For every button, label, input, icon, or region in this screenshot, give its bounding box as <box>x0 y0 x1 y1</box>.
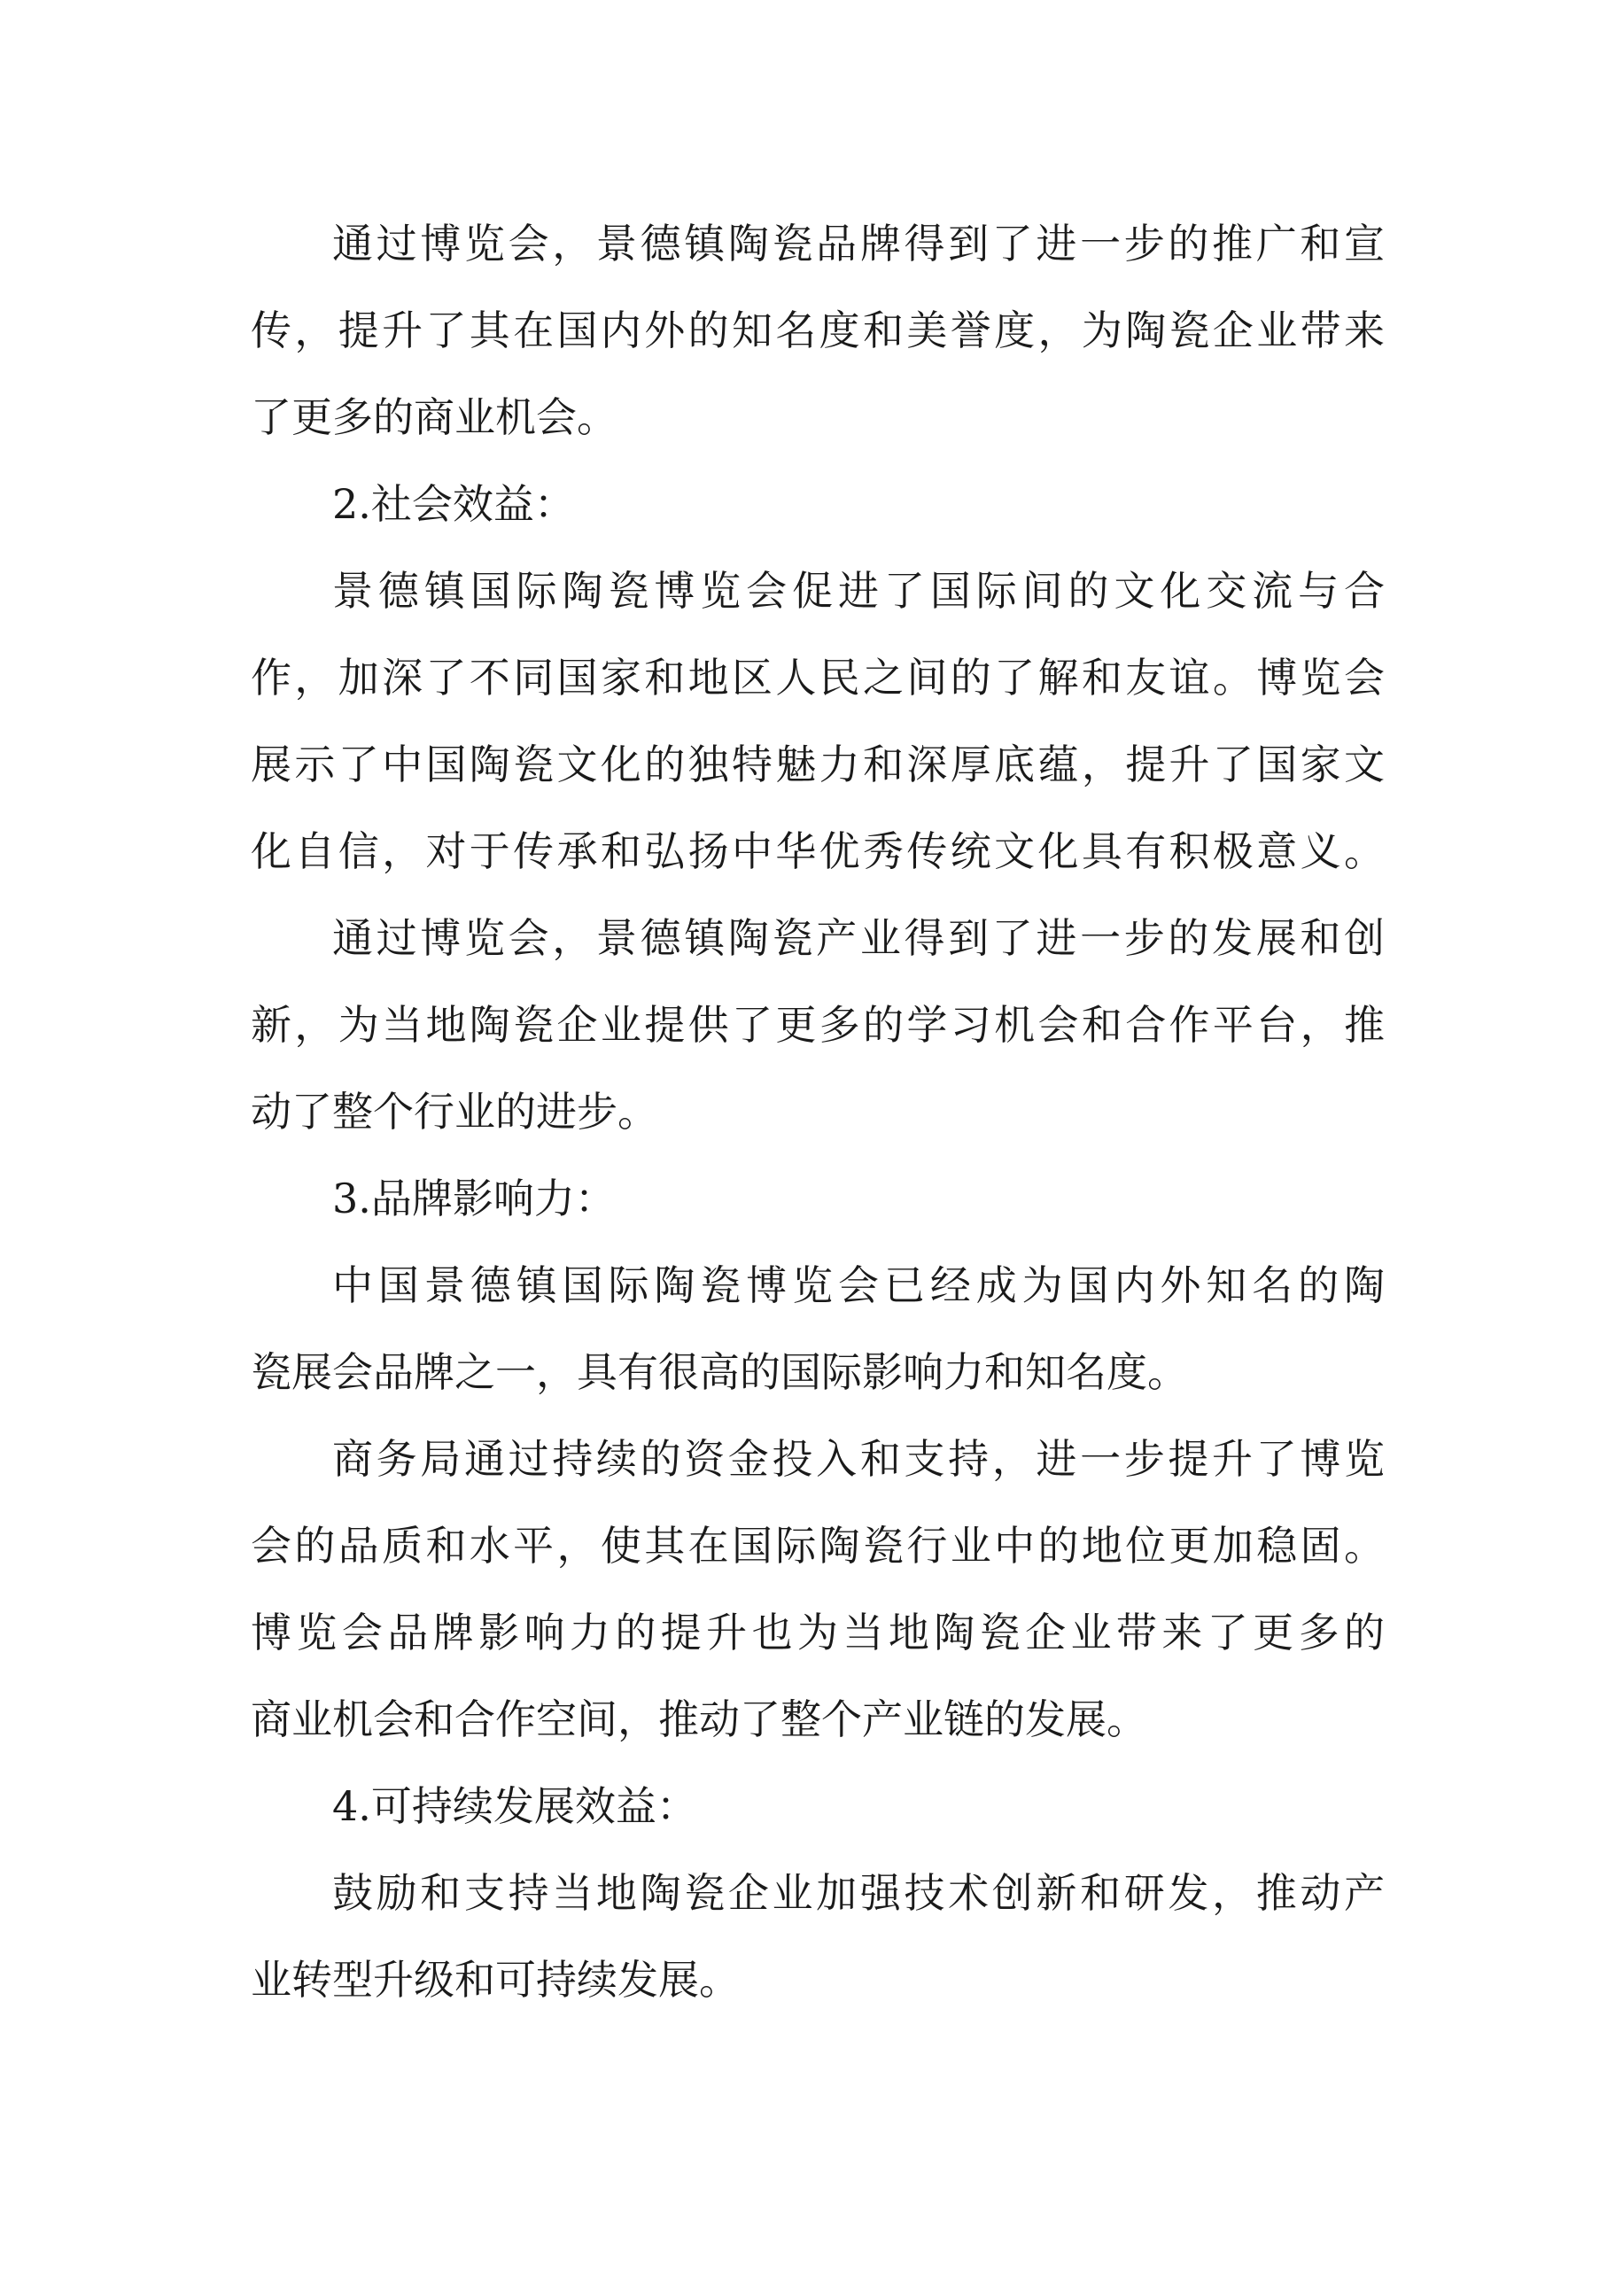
paragraph-5-line-3: 博览会品牌影响力的提升也为当地陶瓷企业带来了更多的 <box>251 1606 1385 1659</box>
paragraph-2-line-2: 作，加深了不同国家和地区人民之间的了解和友谊。博览会 <box>251 651 1385 704</box>
paragraph-1-line-3: 了更多的商业机会。 <box>251 391 1385 444</box>
paragraph-4-line-2: 瓷展会品牌之一，具有很高的国际影响力和知名度。 <box>251 1346 1385 1399</box>
paragraph-2-line-3: 展示了中国陶瓷文化的独特魅力和深厚底蕴，提升了国家文 <box>251 738 1385 791</box>
section-heading-social-benefits: 2.社会效益： <box>332 477 575 531</box>
paragraph-1-line-1: 通过博览会，景德镇陶瓷品牌得到了进一步的推广和宣 <box>332 217 1385 270</box>
section-heading-sustainable-development: 4.可持续发展效益： <box>332 1780 697 1833</box>
paragraph-3-line-1: 通过博览会，景德镇陶瓷产业得到了进一步的发展和创 <box>332 911 1385 965</box>
paragraph-2-line-1: 景德镇国际陶瓷博览会促进了国际间的文化交流与合 <box>332 564 1385 617</box>
paragraph-4-line-1: 中国景德镇国际陶瓷博览会已经成为国内外知名的陶 <box>332 1259 1385 1312</box>
paragraph-3-line-3: 动了整个行业的进步。 <box>251 1085 1385 1138</box>
paragraph-2-line-4: 化自信，对于传承和弘扬中华优秀传统文化具有积极意义。 <box>251 825 1385 878</box>
paragraph-1-line-2: 传，提升了其在国内外的知名度和美誉度，为陶瓷企业带来 <box>251 304 1385 357</box>
paragraph-3-line-2: 新，为当地陶瓷企业提供了更多的学习机会和合作平台，推 <box>251 998 1385 1051</box>
paragraph-5-line-2: 会的品质和水平，使其在国际陶瓷行业中的地位更加稳固。 <box>251 1519 1385 1572</box>
paragraph-6-line-2: 业转型升级和可持续发展。 <box>251 1953 1385 2006</box>
paragraph-6-line-1: 鼓励和支持当地陶瓷企业加强技术创新和研发，推动产 <box>332 1866 1385 1920</box>
paragraph-5-line-1: 商务局通过持续的资金投入和支持，进一步提升了博览 <box>332 1432 1385 1485</box>
paragraph-5-line-4: 商业机会和合作空间，推动了整个产业链的发展。 <box>251 1693 1385 1746</box>
section-heading-brand-influence: 3.品牌影响力： <box>332 1172 616 1225</box>
